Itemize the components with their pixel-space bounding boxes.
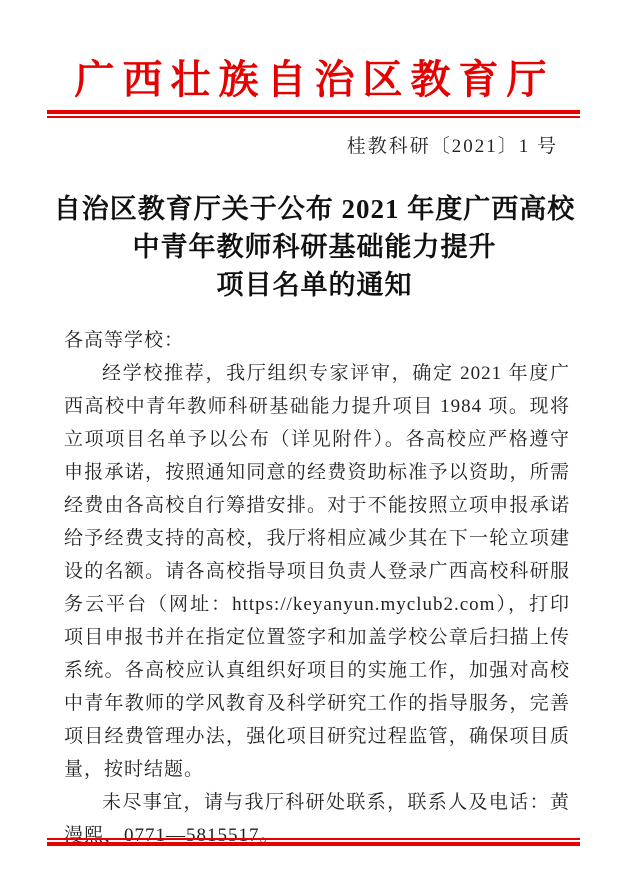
header-divider-line (47, 110, 580, 118)
document-body: 各高等学校： 经学校推荐，我厅组织专家评审，确定 2021 年度广西高校中青年教… (64, 324, 570, 852)
title-line-3: 项目名单的通知 (0, 266, 629, 304)
salutation: 各高等学校： (64, 324, 570, 357)
paragraph-1: 经学校推荐，我厅组织专家评审，确定 2021 年度广西高校中青年教师科研基础能力… (64, 357, 570, 786)
document-number: 桂教科研〔2021〕1 号 (347, 131, 558, 158)
title-line-2: 中青年教师科研基础能力提升 (0, 228, 629, 266)
document-page: 广西壮族自治区教育厅 桂教科研〔2021〕1 号 自治区教育厅关于公布 2021… (0, 0, 629, 886)
title-line-1: 自治区教育厅关于公布 2021 年度广西高校 (0, 190, 629, 228)
document-title: 自治区教育厅关于公布 2021 年度广西高校 中青年教师科研基础能力提升 项目名… (0, 190, 629, 304)
agency-title: 广西壮族自治区教育厅 (0, 48, 629, 105)
footer-divider-line (47, 838, 580, 846)
